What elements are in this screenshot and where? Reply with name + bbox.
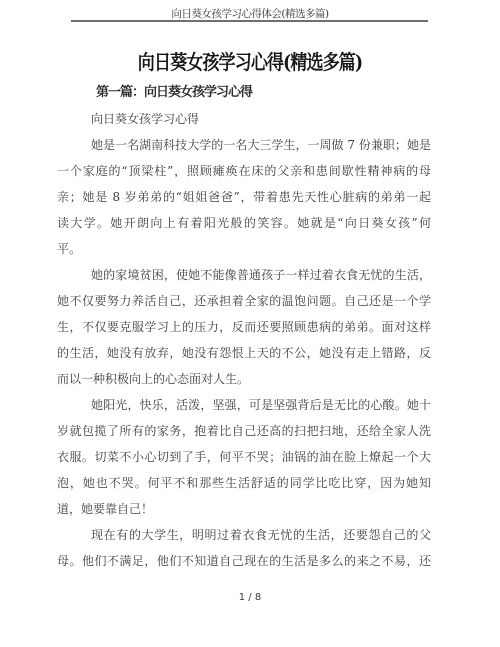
body-line: 现在有的大学生，明明过着衣食无忧的生活，还要怨自己的父 (57, 522, 431, 548)
document-page: 向日葵女孩学习心得体会(精选多篇) 向日葵女孩学习心得(精选多篇) 第一篇：向日… (0, 0, 500, 647)
header-rule (71, 20, 428, 22)
body: 向日葵女孩学习心得她是一名湖南科技大学的一名大三学生，一周做 7 份兼职；她是一… (57, 106, 431, 574)
paragraph: 她阳光，快乐，活泼，坚强，可是坚强背后是无比的心酸。她十岁就包揽了所有的家务，抱… (57, 392, 431, 522)
body-line: 亲；她是 8 岁弟弟的“姐姐爸爸”，带着患先天性心脏病的弟弟一起 (57, 184, 431, 210)
section-heading: 第一篇：向日葵女孩学习心得 (96, 81, 252, 100)
body-line: 泡，她也不哭。何平不和那些生活舒适的同学比吃比穿，因为她知 (57, 470, 431, 496)
body-line: 生，不仅要克服学习上的压力，反而还要照顾患病的弟弟。面对这样 (57, 314, 431, 340)
running-header: 向日葵女孩学习心得体会(精选多篇) (0, 6, 500, 21)
paragraph: 她是一名湖南科技大学的一名大三学生，一周做 7 份兼职；她是一个家庭的“顶梁柱”… (57, 132, 431, 262)
paragraph: 她的家境贫困，使她不能像普通孩子一样过着衣食无忧的生活，她不仅要努力养活自己，还… (57, 262, 431, 392)
body-line: 读大学。她开朗向上有着阳光般的笑容。她就是“向日葵女孩”何 (57, 210, 431, 236)
body-line: 母。他们不满足，他们不知道自己现在的生活是多么的来之不易，还 (57, 548, 431, 574)
body-line: 向日葵女孩学习心得 (57, 106, 431, 132)
doc-title: 向日葵女孩学习心得(精选多篇) (138, 46, 362, 75)
page-footer: 1 / 8 (0, 592, 500, 603)
body-line: 一个家庭的“顶梁柱”，照顾瘫痪在床的父亲和患间歇性精神病的母 (57, 158, 431, 184)
body-line: 岁就包揽了所有的家务，抱着比自己还高的扫把扫地，还给全家人洗 (57, 418, 431, 444)
body-line: 衣服。切菜不小心切到了手，何平不哭；油锅的油在脸上燎起一个大 (57, 444, 431, 470)
doc-title-row: 向日葵女孩学习心得(精选多篇) (0, 46, 500, 75)
paragraph: 现在有的大学生，明明过着衣食无忧的生活，还要怨自己的父母。他们不满足，他们不知道… (57, 522, 431, 574)
body-line: 她阳光，快乐，活泼，坚强，可是坚强背后是无比的心酸。她十 (57, 392, 431, 418)
body-line: 她不仅要努力养活自己，还承担着全家的温饱问题。自己还是一个学 (57, 288, 431, 314)
body-line: 她的家境贫困，使她不能像普通孩子一样过着衣食无忧的生活， (57, 262, 431, 288)
body-line: 而以一种积极向上的心态面对人生。 (57, 366, 431, 392)
body-line: 平。 (57, 236, 431, 262)
paragraph: 向日葵女孩学习心得 (57, 106, 431, 132)
body-line: 的生活，她没有放弃，她没有怨恨上天的不公，她没有走上错路，反 (57, 340, 431, 366)
body-line: 她是一名湖南科技大学的一名大三学生，一周做 7 份兼职；她是 (57, 132, 431, 158)
page-number: 1 / 8 (239, 592, 261, 603)
body-line: 道，她要靠自己！ (57, 496, 431, 522)
